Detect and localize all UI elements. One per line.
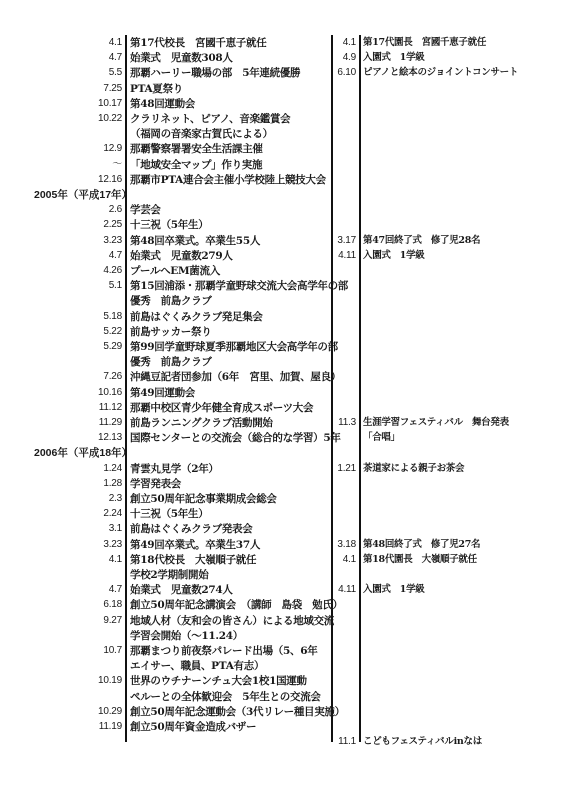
kindergarten-event-row: 4.11入園式 1学級	[331, 247, 566, 265]
event-date: 4.1	[331, 551, 356, 569]
event-row: 11.19創立50周年資金造成バザー	[0, 718, 331, 736]
event-date: 6.10	[331, 64, 356, 82]
event-date: 11.19	[60, 718, 122, 736]
event-text: 茶道家による親子お茶会	[363, 460, 464, 478]
event-date: 11.1	[331, 733, 356, 751]
kindergarten-event-row: 6.10ピアノと絵本のジョイントコンサート	[331, 64, 566, 82]
event-date: 4.11	[331, 581, 356, 599]
event-text: 入園式 1学級	[363, 247, 425, 265]
event-text: 第18代園長 大嶺順子就任	[363, 551, 477, 569]
event-text: ピアノと絵本のジョイントコンサート	[363, 64, 518, 82]
kindergarten-event-row: 「合唱」	[331, 429, 566, 447]
event-date: 1.21	[331, 460, 356, 478]
event-text: こどもフェスティバルinなは	[363, 733, 482, 751]
kindergarten-event-row: 4.1第18代園長 大嶺順子就任	[331, 551, 566, 569]
event-text: 創立50周年資金造成バザー	[130, 718, 256, 736]
event-text: 「合唱」	[363, 429, 400, 447]
kindergarten-event-row: 4.11入園式 1学級	[331, 581, 566, 599]
event-text: 入園式 1学級	[363, 581, 425, 599]
event-date: 4.11	[331, 247, 356, 265]
kindergarten-event-row: 11.1こどもフェスティバルinなは	[331, 733, 566, 751]
column-separator	[331, 35, 333, 742]
kindergarten-event-row: 1.21茶道家による親子お茶会	[331, 460, 566, 478]
right-date-divider	[359, 35, 361, 742]
